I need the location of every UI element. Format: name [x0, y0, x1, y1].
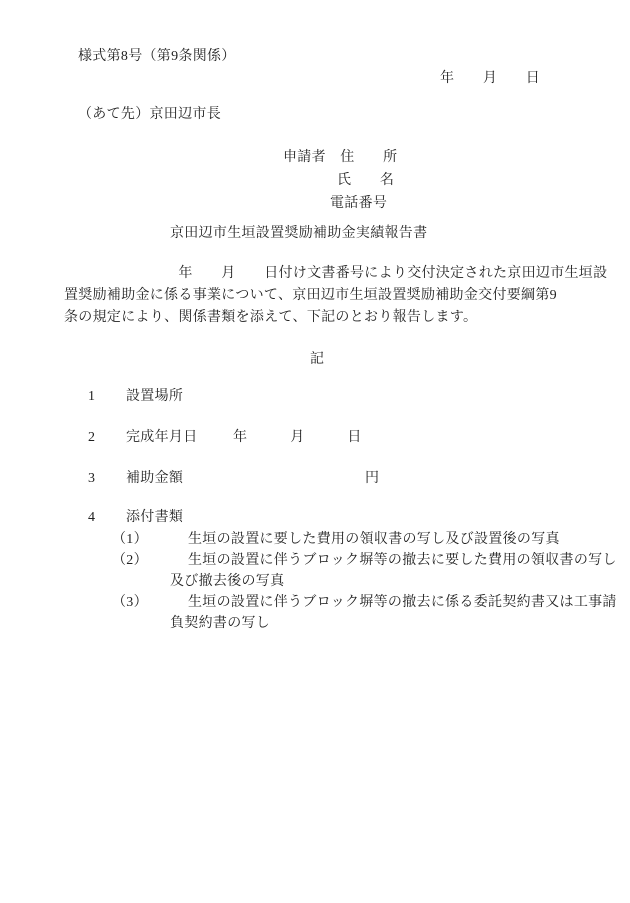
record-heading: 記	[310, 348, 324, 368]
document-page: 様式第8号（第9条関係） 年 月 日 （あて先）京田辺市長 申請者 住 所 氏 …	[0, 0, 630, 903]
attachment-3-continuation-text: 負契約書の写し	[170, 615, 270, 633]
item-4-number: 4	[88, 509, 95, 527]
item-3-yen-label: 円	[365, 470, 379, 488]
addressee: （あて先）京田辺市長	[78, 103, 221, 123]
attachment-1-marker: （1）	[112, 531, 148, 549]
attachment-2-text: 生垣の設置に伴うブロック塀等の撤去に要した費用の領収書の写し	[188, 552, 617, 570]
item-completion-date: 2 完成年月日 年 月 日	[0, 429, 630, 447]
attachment-2: （2） 生垣の設置に伴うブロック塀等の撤去に要した費用の領収書の写し	[0, 552, 630, 570]
item-1-label: 設置場所	[126, 388, 183, 406]
issue-date-line: 年 月 日	[440, 67, 540, 87]
item-3-number: 3	[88, 470, 95, 488]
item-2-date-blanks: 年 月 日	[233, 429, 362, 447]
attachment-2-continuation: 及び撤去後の写真	[0, 573, 630, 591]
form-number: 様式第8号（第9条関係）	[78, 45, 236, 65]
item-installation-location: 1 設置場所	[0, 388, 630, 406]
applicant-phone-line: 電話番号	[330, 192, 387, 212]
item-2-label: 完成年月日	[126, 429, 198, 447]
item-3-label: 補助金額	[126, 470, 183, 488]
attachment-2-continuation-text: 及び撤去後の写真	[170, 573, 284, 591]
body-paragraph-line-2: 置奨励補助金に係る事業について、京田辺市生垣設置奨励補助金交付要綱第9	[64, 287, 630, 305]
item-4-label: 添付書類	[126, 509, 183, 527]
item-attached-documents: 4 添付書類	[0, 509, 630, 527]
attachment-2-marker: （2）	[112, 552, 148, 570]
attachment-3-continuation: 負契約書の写し	[0, 615, 630, 633]
applicant-name-line: 氏 名	[337, 169, 394, 189]
applicant-address-line: 申請者 住 所	[283, 146, 397, 166]
item-subsidy-amount: 3 補助金額 円	[0, 470, 630, 488]
attachment-3: （3） 生垣の設置に伴うブロック塀等の撤去に係る委託契約書又は工事請	[0, 594, 630, 612]
attachment-1-text: 生垣の設置に要した費用の領収書の写し及び設置後の写真	[188, 531, 560, 549]
body-paragraph-line-1: 年 月 日付け文書番号により交付決定された京田辺市生垣設	[64, 265, 630, 283]
body-paragraph-line-3: 条の規定により、関係書類を添えて、下記のとおり報告します。	[64, 309, 630, 327]
item-2-number: 2	[88, 429, 95, 447]
attachment-1: （1） 生垣の設置に要した費用の領収書の写し及び設置後の写真	[0, 531, 630, 549]
document-title: 京田辺市生垣設置奨励補助金実績報告書	[170, 222, 427, 242]
attachment-3-text: 生垣の設置に伴うブロック塀等の撤去に係る委託契約書又は工事請	[188, 594, 617, 612]
attachment-3-marker: （3）	[112, 594, 148, 612]
item-1-number: 1	[88, 388, 95, 406]
